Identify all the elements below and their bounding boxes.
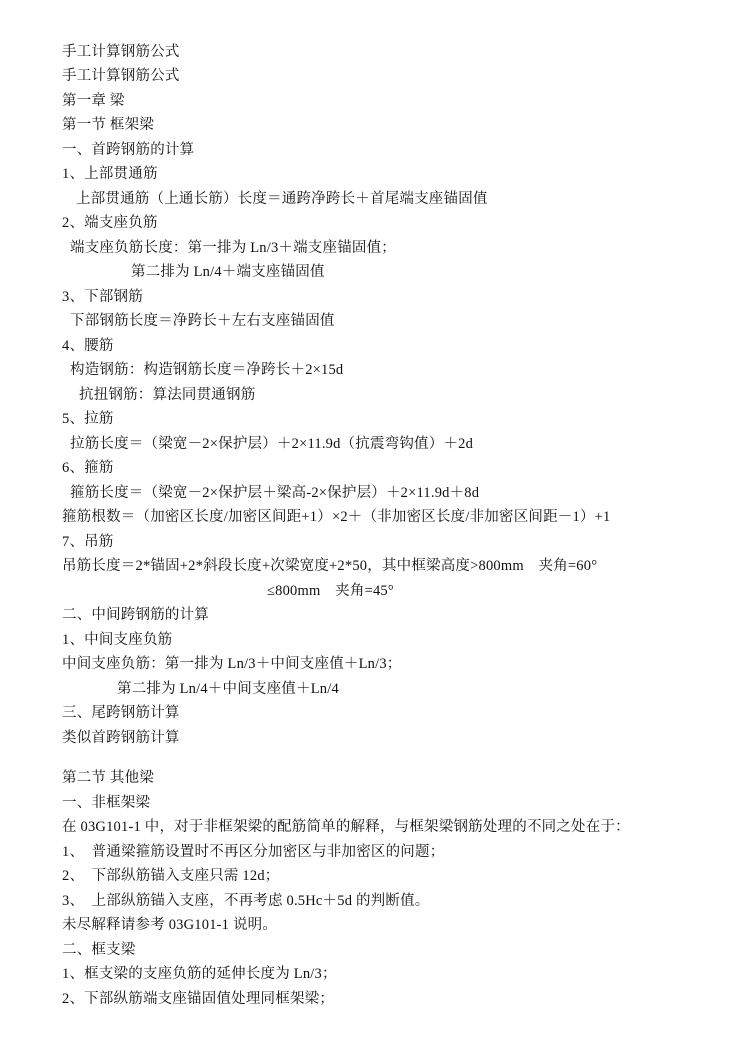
subsection-heading: 二、框支梁: [62, 941, 136, 959]
list-item: 3、 上部纵筋锚入支座，不再考虑 0.5Hc＋5d 的判断值。: [62, 892, 429, 910]
item-heading: 5、拉筋: [62, 410, 114, 428]
item-heading: 6、箍筋: [62, 459, 114, 477]
item-heading: 1、上部贯通筋: [62, 165, 158, 183]
item-heading: 3、下部钢筋: [62, 288, 143, 306]
list-item: 2、下部纵筋端支座锚固值处理同框架梁；: [62, 990, 334, 1008]
doc-subtitle: 手工计算钢筋公式: [62, 67, 180, 85]
item-heading: 7、吊筋: [62, 533, 114, 551]
subsection-heading: 一、首跨钢筋的计算: [62, 141, 194, 159]
formula-line: 箍筋根数＝（加密区长度/加密区间距+1）×2＋（非加密区长度/非加密区间距－1）…: [62, 508, 611, 526]
body-text: 类似首跨钢筋计算: [62, 729, 180, 747]
formula-line: 箍筋长度＝（梁宽－2×保护层＋梁高-2×保护层）＋2×11.9d＋8d: [70, 484, 479, 502]
subsection-heading: 一、非框架梁: [62, 794, 150, 812]
formula-line: 第二排为 Ln/4＋端支座锚固值: [131, 263, 325, 281]
document-page: 手工计算钢筋公式 手工计算钢筋公式 第一章 梁 第一节 框架梁 一、首跨钢筋的计…: [0, 0, 744, 1052]
formula-line: 端支座负筋长度：第一排为 Ln/3＋端支座锚固值；: [70, 239, 396, 257]
subsection-heading: 三、尾跨钢筋计算: [62, 704, 180, 722]
doc-title: 手工计算钢筋公式: [62, 43, 180, 61]
formula-line: 第二排为 Ln/4＋中间支座值＋Ln/4: [117, 680, 339, 698]
list-item: 2、 下部纵筋锚入支座只需 12d；: [62, 867, 279, 885]
list-item: 1、框支梁的支座负筋的延伸长度为 Ln/3；: [62, 965, 337, 983]
formula-line: ≤800mm 夹角=45°: [267, 582, 394, 600]
item-heading: 2、端支座负筋: [62, 214, 158, 232]
item-heading: 4、腰筋: [62, 337, 114, 355]
formula-line: 中间支座负筋：第一排为 Ln/3＋中间支座值＋Ln/3；: [62, 655, 402, 673]
formula-line: 拉筋长度＝（梁宽－2×保护层）＋2×11.9d（抗震弯钩值）＋2d: [70, 435, 473, 453]
subsection-heading: 二、中间跨钢筋的计算: [62, 606, 209, 624]
body-text: 在 03G101-1 中，对于非框架梁的配筋简单的解释，与框架梁钢筋处理的不同之…: [62, 818, 630, 836]
formula-line: 构造钢筋：构造钢筋长度＝净跨长＋2×15d: [70, 361, 343, 379]
formula-line: 下部钢筋长度＝净跨长＋左右支座锚固值: [70, 312, 335, 330]
formula-line: 抗扭钢筋：算法同贯通钢筋: [79, 386, 255, 404]
formula-line: 吊筋长度＝2*锚固+2*斜段长度+次梁宽度+2*50，其中框梁高度>800mm …: [62, 557, 597, 575]
body-text: 未尽解释请参考 03G101-1 说明。: [62, 916, 277, 934]
list-item: 1、 普通梁箍筋设置时不再区分加密区与非加密区的问题；: [62, 843, 444, 861]
item-heading: 1、中间支座负筋: [62, 631, 172, 649]
formula-line: 上部贯通筋（上通长筋）长度＝通跨净跨长＋首尾端支座锚固值: [76, 190, 488, 208]
section-heading: 第二节 其他梁: [62, 769, 154, 787]
chapter-heading: 第一章 梁: [62, 92, 125, 110]
section-heading: 第一节 框架梁: [62, 116, 154, 134]
